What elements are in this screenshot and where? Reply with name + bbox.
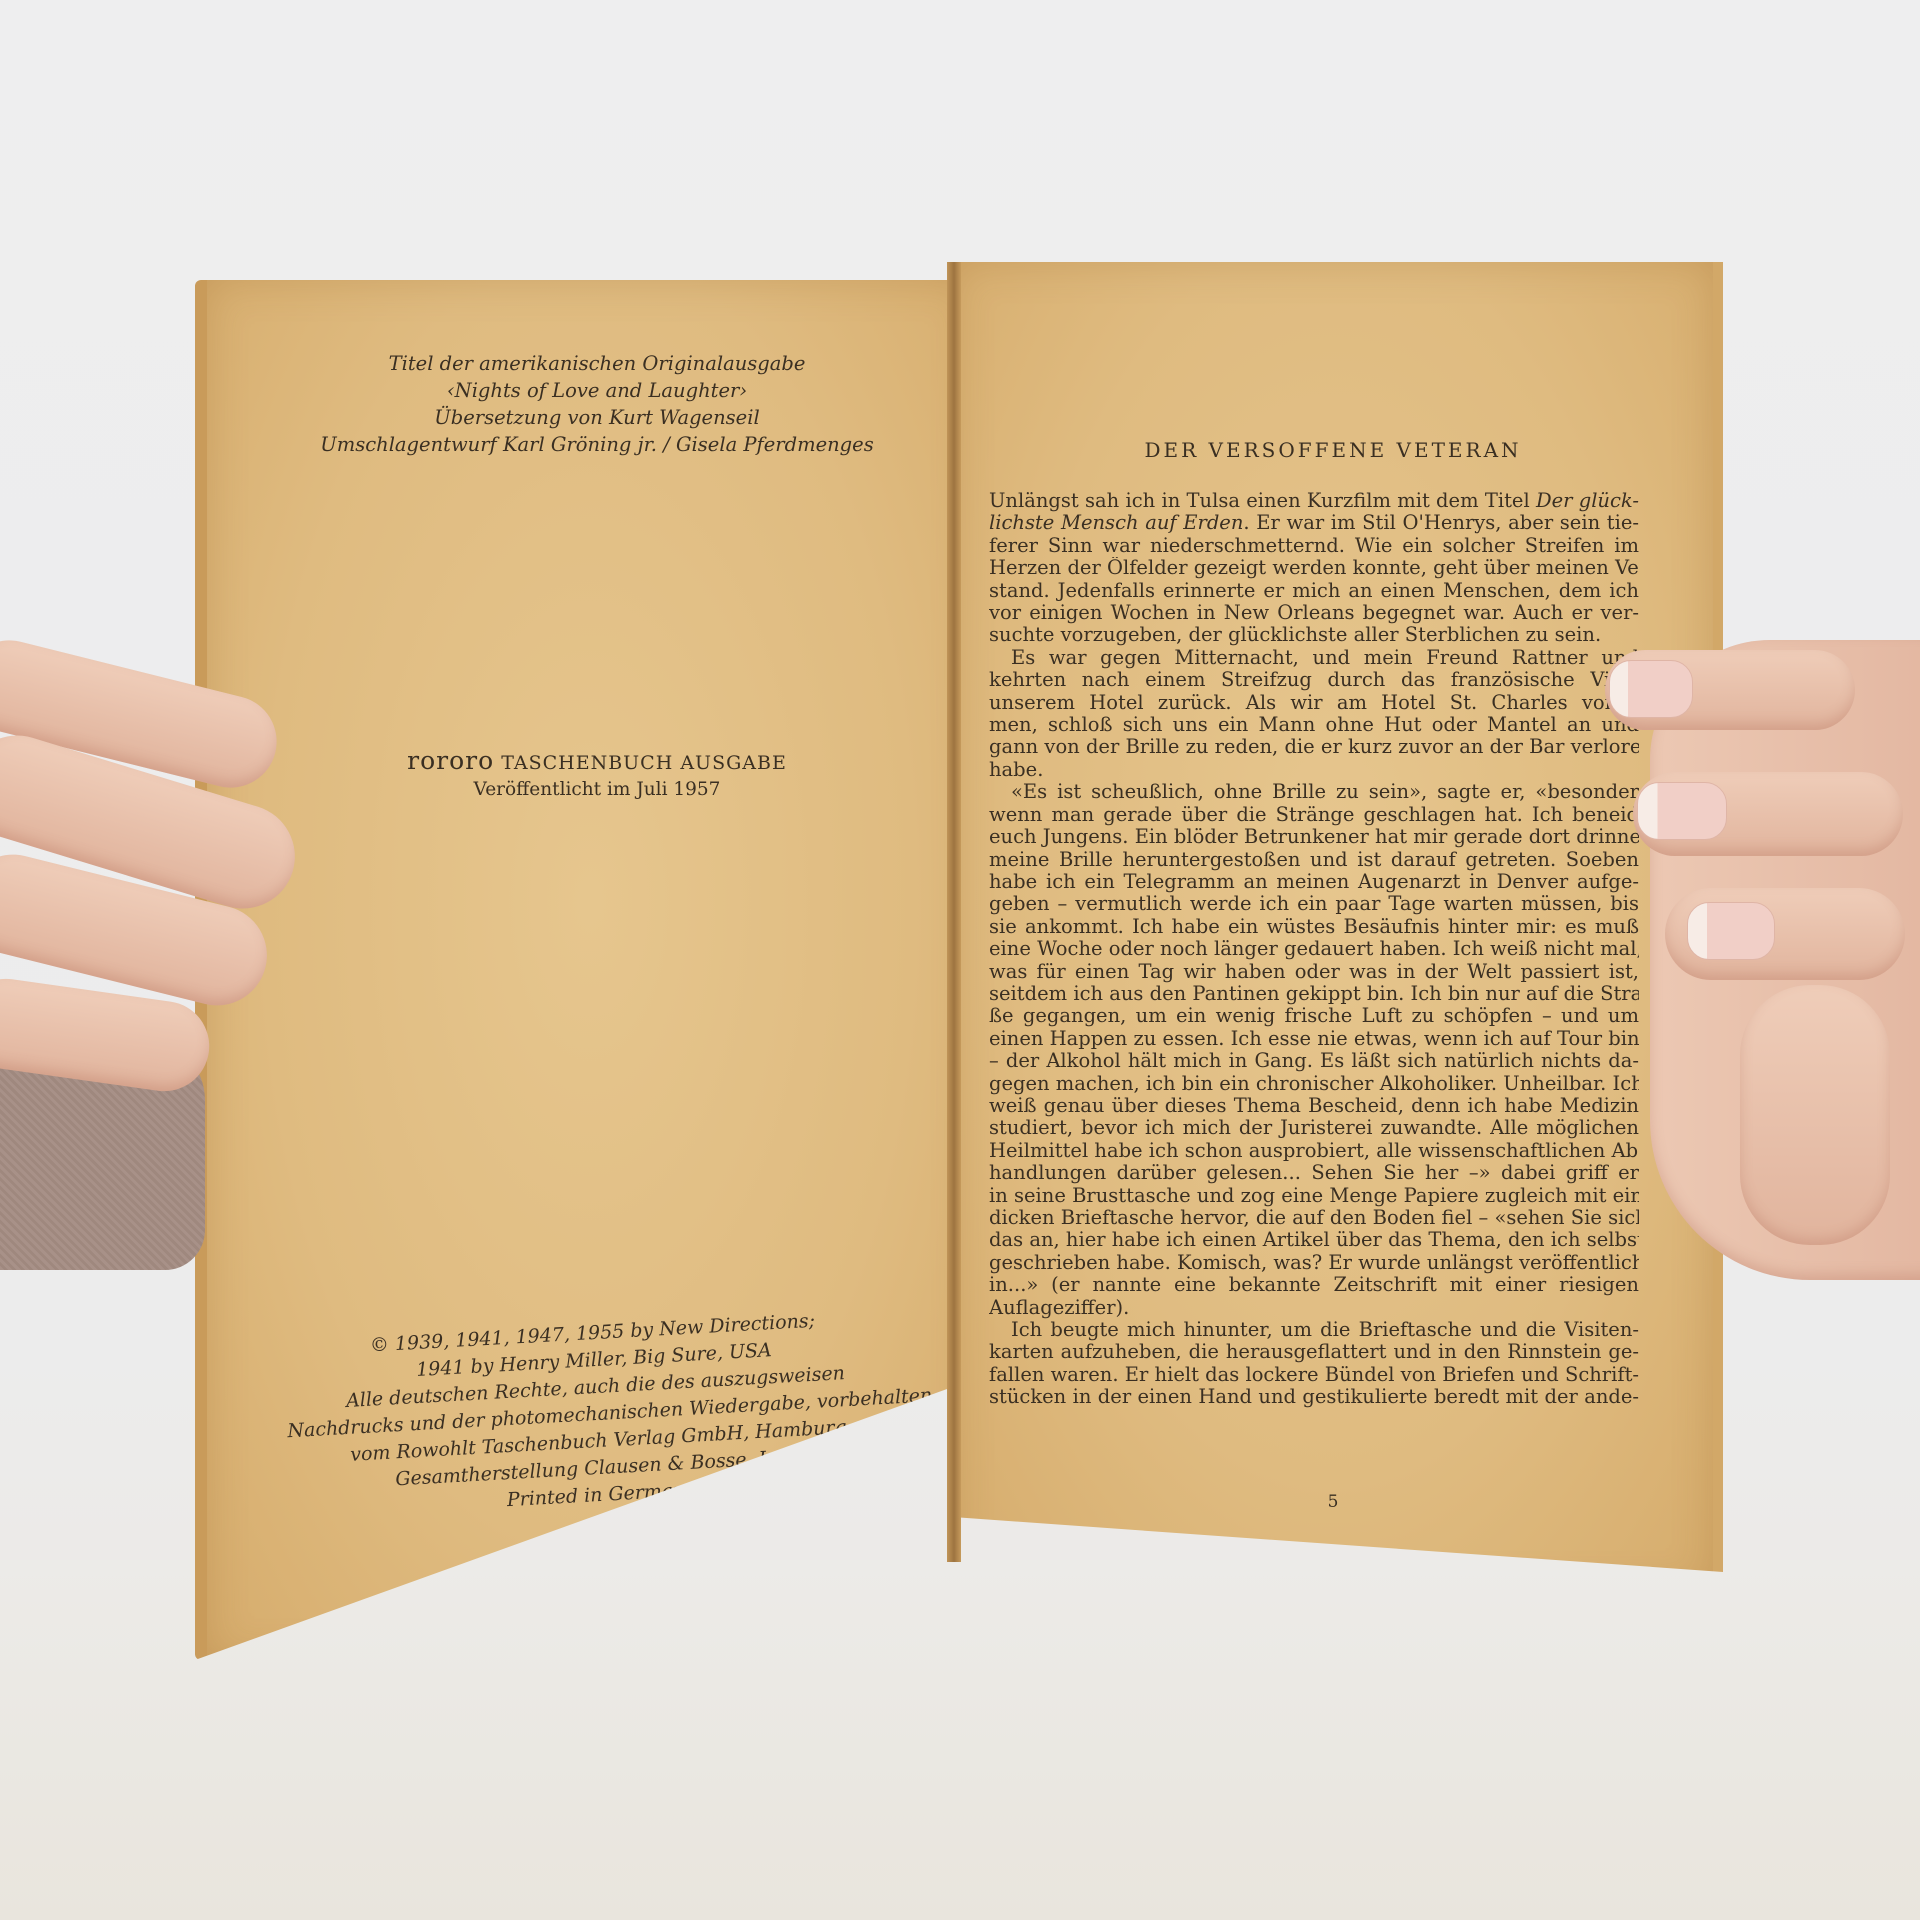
text-line: studiert, bevor ich mich der Juristerei …: [989, 1117, 1639, 1139]
right-ring-finger: [1665, 888, 1905, 980]
text-line: in...» (er nannte eine bekannte Zeitschr…: [989, 1274, 1639, 1296]
text-line: habe.: [989, 759, 1639, 781]
text-line: Herzen der Ölfelder gezeigt werden konnt…: [989, 557, 1639, 579]
text-line: handlungen darüber gelesen... Sehen Sie …: [989, 1162, 1639, 1184]
publisher-brand: rororo: [407, 746, 494, 775]
right-thumb: [1740, 985, 1890, 1245]
credit-line: Umschlagentwurf Karl Gröning jr. / Gisel…: [317, 431, 877, 458]
publication-date: Veröffentlicht im Juli 1957: [317, 779, 877, 800]
photo-scene: Titel der amerikanischen Originalausgabe…: [0, 0, 1920, 1920]
credit-line: Titel der amerikanischen Originalausgabe: [317, 350, 877, 377]
left-page: Titel der amerikanischen Originalausgabe…: [195, 280, 972, 1660]
text-line: geschrieben habe. Komisch, was? Er wurde…: [989, 1252, 1639, 1274]
text-line: lichste Mensch auf Erden. Er war im Stil…: [989, 512, 1639, 534]
text-line: unserem Hotel zurück. Als wir am Hotel S…: [989, 692, 1639, 714]
right-page: DER VERSOFFENE VETERAN Unlängst sah ich …: [953, 262, 1723, 1592]
text-line: meine Brille heruntergestoßen und ist da…: [989, 849, 1639, 871]
text-line: dicken Brieftasche hervor, die auf den B…: [989, 1207, 1639, 1229]
text-line: Unlängst sah ich in Tulsa einen Kurzfilm…: [989, 490, 1639, 512]
text-line: gann von der Brille zu reden, die er kur…: [989, 736, 1639, 758]
text-line: wenn man gerade über die Stränge geschla…: [989, 804, 1639, 826]
fingernail: [1637, 782, 1727, 840]
right-middle-finger: [1633, 772, 1903, 856]
text-line: Auflageziffer).: [989, 1297, 1639, 1319]
text-line: geben – vermutlich werde ich ein paar Ta…: [989, 893, 1639, 915]
text-line: men, schloß sich uns ein Mann ohne Hut o…: [989, 714, 1639, 736]
fingernail: [1609, 660, 1693, 718]
text-line: vor einigen Wochen in New Orleans begegn…: [989, 602, 1639, 624]
original-edition-credits: Titel der amerikanischen Originalausgabe…: [317, 350, 877, 458]
text-line: eine Woche oder noch länger gedauert hab…: [989, 938, 1639, 960]
text-line: das an, hier habe ich einen Artikel über…: [989, 1229, 1639, 1251]
chapter-body: Unlängst sah ich in Tulsa einen Kurzfilm…: [989, 490, 1639, 1409]
credit-line: ‹Nights of Love and Laughter›: [317, 377, 877, 404]
book-spine-gutter: [947, 262, 961, 1562]
right-index-finger: [1605, 650, 1855, 730]
text-line: stücken in der einen Hand und gestikulie…: [989, 1386, 1639, 1408]
text-line: – der Alkohol hält mich in Gang. Es läßt…: [989, 1050, 1639, 1072]
credit-line: Übersetzung von Kurt Wagenseil: [317, 404, 877, 431]
edition-label: TASCHENBUCH AUSGABE: [501, 752, 787, 774]
text-line: stand. Jedenfalls erinnerte er mich an e…: [989, 580, 1639, 602]
text-line: in seine Brusttasche und zog eine Menge …: [989, 1185, 1639, 1207]
text-line: fallen waren. Er hielt das lockere Bünde…: [989, 1364, 1639, 1386]
text-line: seitdem ich aus den Pantinen gekippt bin…: [989, 983, 1639, 1005]
text-line: was für einen Tag wir haben oder was in …: [989, 961, 1639, 983]
text-line: Es war gegen Mitternacht, und mein Freun…: [989, 647, 1639, 669]
text-line: suchte vorzugeben, der glücklichste alle…: [989, 624, 1639, 646]
text-line: einen Happen zu essen. Ich esse nie etwa…: [989, 1028, 1639, 1050]
text-line: kehrten nach einem Streifzug durch das f…: [989, 669, 1639, 691]
text-line: ferer Sinn war niederschmetternd. Wie ei…: [989, 535, 1639, 557]
series-imprint: rororo TASCHENBUCH AUSGABE Veröffentlich…: [317, 746, 877, 800]
copyright-notice: © 1939, 1941, 1947, 1955 by New Directio…: [282, 1303, 912, 1526]
chapter-title: DER VERSOFFENE VETERAN: [953, 438, 1713, 462]
page-number: 5: [953, 1492, 1713, 1512]
text-line: ße gegangen, um ein wenig frische Luft z…: [989, 1005, 1639, 1027]
text-line: Heilmittel habe ich schon ausprobiert, a…: [989, 1140, 1639, 1162]
text-line: weiß genau über dieses Thema Bescheid, d…: [989, 1095, 1639, 1117]
open-book: Titel der amerikanischen Originalausgabe…: [195, 262, 1715, 1662]
text-line: gegen machen, ich bin ein chronischer Al…: [989, 1073, 1639, 1095]
text-line: euch Jungens. Ein blöder Betrunkener hat…: [989, 826, 1639, 848]
text-line: karten aufzuheben, die herausgeflattert …: [989, 1341, 1639, 1363]
fingernail: [1687, 902, 1775, 960]
text-line: «Es ist scheußlich, ohne Brille zu sein»…: [989, 781, 1639, 803]
text-line: Ich beugte mich hinunter, um die Briefta…: [989, 1319, 1639, 1341]
text-line: sie ankommt. Ich habe ein wüstes Besäufn…: [989, 916, 1639, 938]
text-line: habe ich ein Telegramm an meinen Augenar…: [989, 871, 1639, 893]
